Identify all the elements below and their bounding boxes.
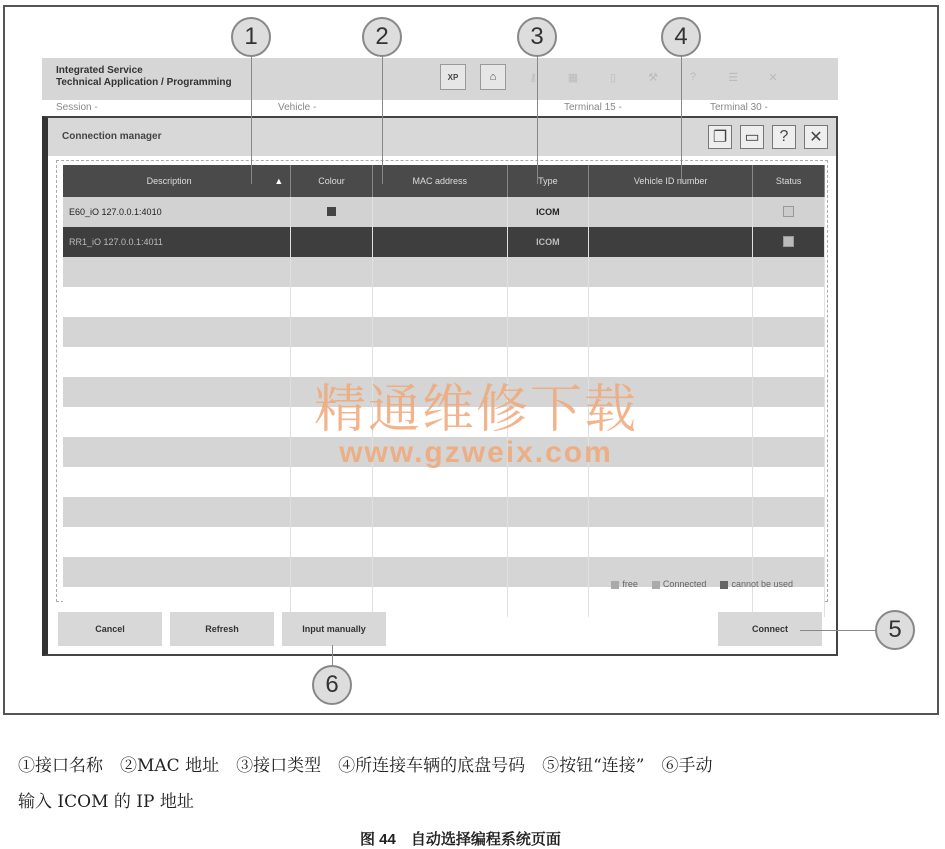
app-title-line2: Technical Application / Programming <box>56 77 232 89</box>
cancel-button[interactable]: Cancel <box>58 612 162 646</box>
cell-mac <box>372 227 507 257</box>
app-header: Integrated Service Technical Application… <box>42 58 838 100</box>
col-colour[interactable]: Colour <box>291 165 372 197</box>
cell-mac <box>372 197 507 227</box>
free-icon <box>611 581 619 589</box>
cell-description: E60_iO 127.0.0.1:4010 <box>63 197 291 227</box>
cell-description: RR1_iO 127.0.0.1:4011 <box>63 227 291 257</box>
cell-status <box>753 197 825 227</box>
window-icon[interactable]: ❐ <box>708 125 732 149</box>
status-cannot-use-icon <box>783 236 794 247</box>
interface-table-container: Description▲ Colour MAC address Type Veh… <box>56 160 828 602</box>
home-button[interactable]: ⌂ <box>480 64 506 90</box>
callout-1: 1 <box>231 17 271 57</box>
figure-title: 图 44 自动选择编程系统页面 <box>360 828 561 849</box>
legend-free: free <box>611 579 638 589</box>
key-button[interactable]: ⚷ <box>520 64 546 90</box>
legend-connected: Connected <box>652 579 707 589</box>
xp-button[interactable]: XP <box>440 64 466 90</box>
col-vehicle-id[interactable]: Vehicle ID number <box>589 165 753 197</box>
empty-row <box>63 317 825 347</box>
empty-row <box>63 257 825 287</box>
empty-row <box>63 497 825 527</box>
calendar-icon: ▦ <box>568 71 578 84</box>
cell-type: ICOM <box>507 227 588 257</box>
wrench-button[interactable]: ⚒ <box>640 64 666 90</box>
empty-row <box>63 467 825 497</box>
callout-5: 5 <box>875 610 915 650</box>
session-status: Session - <box>56 102 98 113</box>
empty-row <box>63 287 825 317</box>
callout-2: 2 <box>362 17 402 57</box>
connected-icon <box>652 581 660 589</box>
connection-manager-dialog: Connection manager ❐ ▭ ? ✕ Description▲ … <box>42 116 838 656</box>
empty-row <box>63 437 825 467</box>
caption: ①接口名称 ②MAC 地址 ③接口类型 ④所连接车辆的底盘号码 ⑤按钮“连接” … <box>18 748 933 820</box>
empty-row <box>63 347 825 377</box>
home-icon: ⌂ <box>490 71 497 83</box>
interface-table: Description▲ Colour MAC address Type Veh… <box>63 165 825 617</box>
empty-row <box>63 377 825 407</box>
refresh-button[interactable]: Refresh <box>170 612 274 646</box>
app-title: Integrated Service Technical Application… <box>56 65 232 89</box>
callout-4: 4 <box>661 17 701 57</box>
app-title-line1: Integrated Service <box>56 65 232 77</box>
cannot-use-icon <box>720 581 728 589</box>
status-legend: free Connected cannot be used <box>611 579 793 589</box>
dialog-title-bar: Connection manager ❐ ▭ ? ✕ <box>48 118 836 156</box>
cell-colour <box>291 227 372 257</box>
vehicle-status: Vehicle - <box>278 102 316 113</box>
toolbar: XP ⌂ ⚷ ▦ ▯ ⚒ ? ☰ ✕ <box>440 64 786 90</box>
terminal15-status: Terminal 15 - <box>564 102 622 113</box>
help-icon[interactable]: ? <box>772 125 796 149</box>
colour-swatch <box>327 207 336 216</box>
wrench-icon: ⚒ <box>648 71 658 84</box>
caption-line2: 输入 ICOM 的 IP 地址 <box>18 784 933 820</box>
cell-type: ICOM <box>507 197 588 227</box>
empty-row <box>63 407 825 437</box>
help-button[interactable]: ? <box>680 64 706 90</box>
table-row[interactable]: E60_iO 127.0.0.1:4010 ICOM <box>63 197 825 227</box>
cell-status <box>753 227 825 257</box>
menu-button[interactable]: ☰ <box>720 64 746 90</box>
key-icon: ⚷ <box>529 71 537 84</box>
col-status[interactable]: Status <box>753 165 825 197</box>
menu-icon: ☰ <box>728 71 738 84</box>
status-connected-icon <box>783 206 794 217</box>
id-icon: ▯ <box>610 71 616 84</box>
cell-vin <box>589 197 753 227</box>
cell-vin <box>589 227 753 257</box>
exit-button[interactable]: ✕ <box>760 64 786 90</box>
col-mac-address[interactable]: MAC address <box>372 165 507 197</box>
input-manually-button[interactable]: Input manually <box>282 612 386 646</box>
table-row[interactable]: RR1_iO 127.0.0.1:4011 ICOM <box>63 227 825 257</box>
col-type[interactable]: Type <box>507 165 588 197</box>
status-row: Session - Vehicle - Terminal 15 - Termin… <box>42 100 838 116</box>
legend-cannot-use: cannot be used <box>720 579 793 589</box>
callout-3: 3 <box>517 17 557 57</box>
col-description[interactable]: Description▲ <box>63 165 291 197</box>
sort-asc-icon: ▲ <box>274 176 283 186</box>
dialog-title: Connection manager <box>62 131 161 142</box>
close-icon[interactable]: ✕ <box>804 125 828 149</box>
callout-6: 6 <box>312 665 352 705</box>
print-icon[interactable]: ▭ <box>740 125 764 149</box>
dialog-icons: ❐ ▭ ? ✕ <box>708 125 828 149</box>
cell-colour <box>291 197 372 227</box>
terminal30-status: Terminal 30 - <box>710 102 768 113</box>
calendar-button[interactable]: ▦ <box>560 64 586 90</box>
caption-line1: ①接口名称 ②MAC 地址 ③接口类型 ④所连接车辆的底盘号码 ⑤按钮“连接” … <box>18 748 933 784</box>
connect-button[interactable]: Connect <box>718 612 822 646</box>
id-button[interactable]: ▯ <box>600 64 626 90</box>
empty-row <box>63 527 825 557</box>
